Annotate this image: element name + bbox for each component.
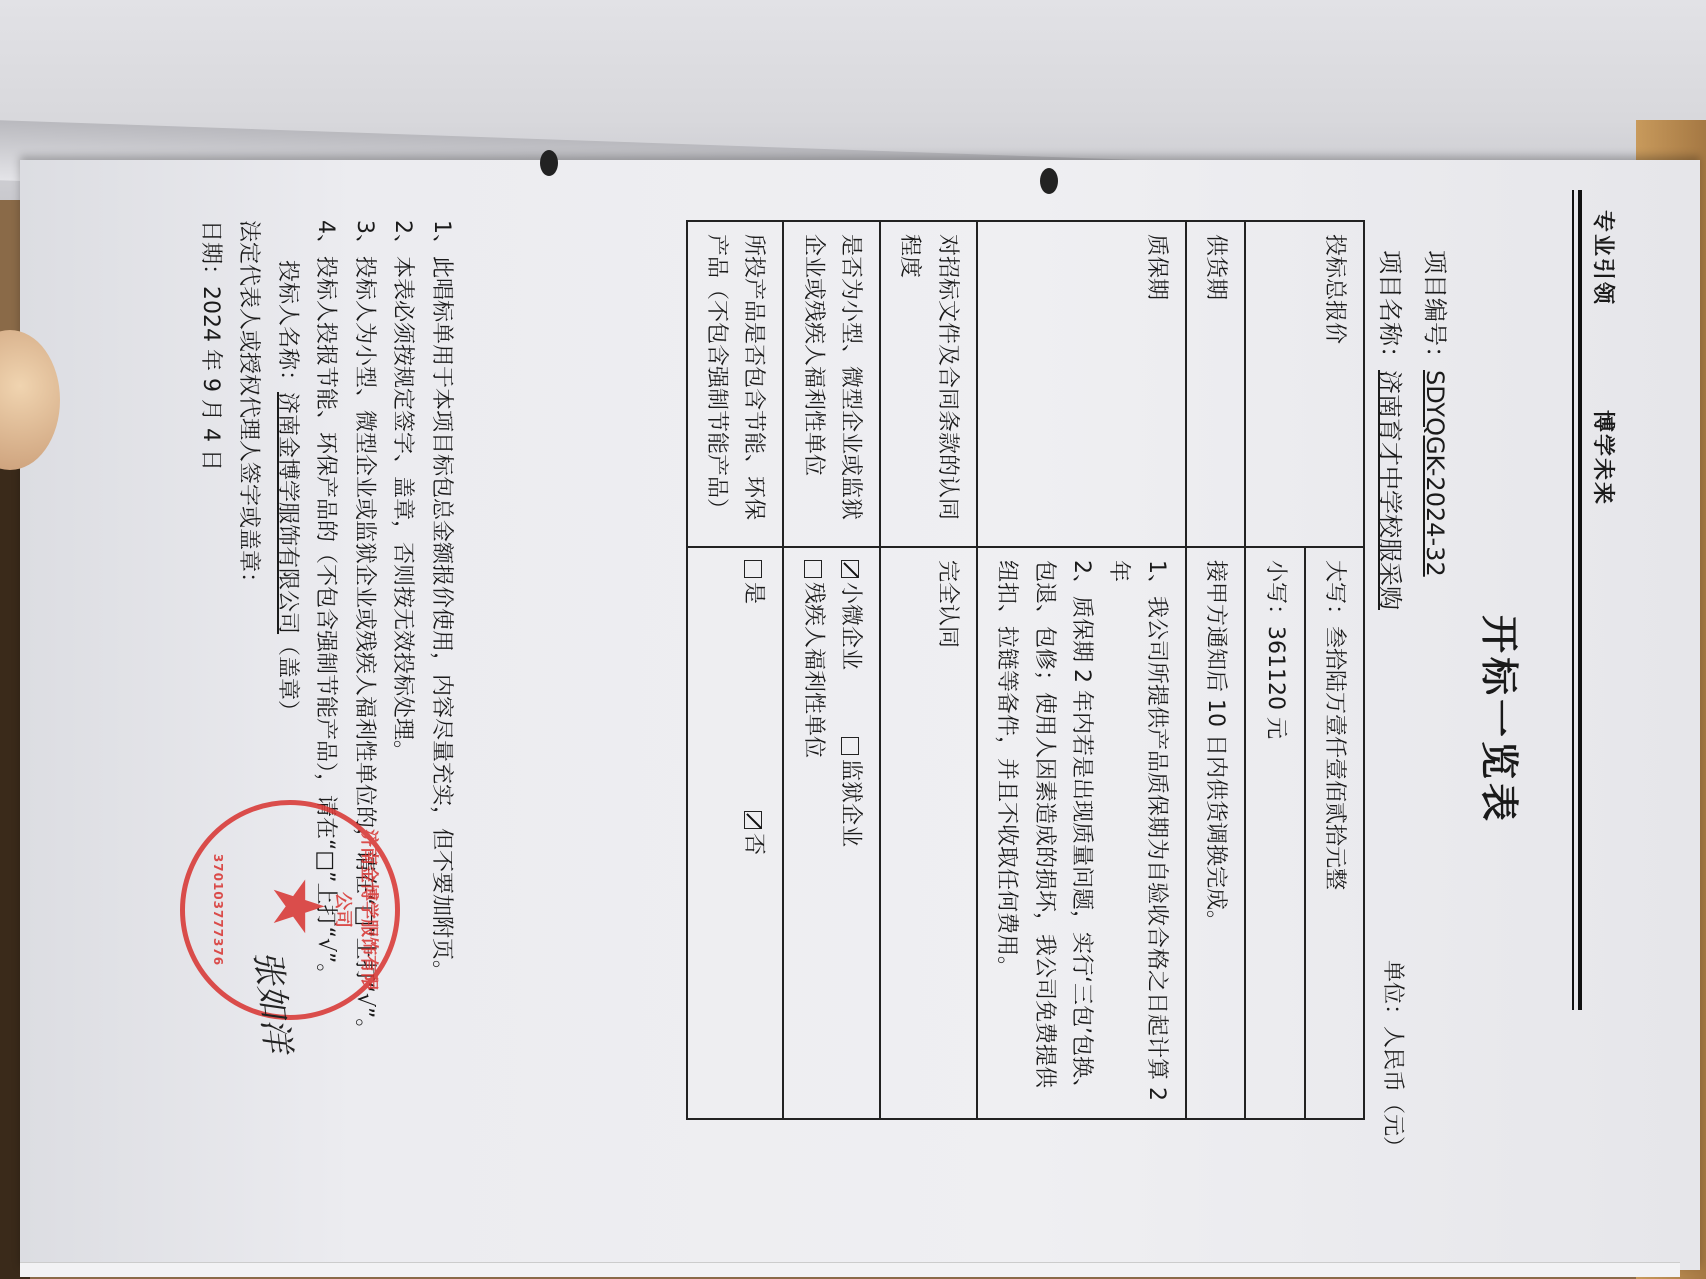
representative-label: 法定代表人或授权代理人签字或盖章： xyxy=(237,220,262,594)
slogan-right: 博学未来 xyxy=(1589,410,1620,506)
row-label: 所投产品是否包含节能、环保产品（不包含强制节能产品） xyxy=(687,221,784,547)
document-title: 开标一览表 xyxy=(1475,180,1530,1260)
project-number-value: SDYQGK-2024-32 xyxy=(1421,370,1449,577)
option-disability-welfare[interactable]: 残疾人福利性单位 xyxy=(794,560,831,758)
bidder-label: 投标人名称： xyxy=(275,260,300,392)
document-page: 专业引领 博学未来 开标一览表 项目编号：SDYQGK-2024-32 项目名称… xyxy=(20,160,1700,1270)
option-label: 否 xyxy=(741,833,766,855)
note-item: 4、投标人投报节能、环保产品的（不包含强制节能产品），请在“□”上打“√”。 xyxy=(306,220,345,1180)
document-content: 专业引领 博学未来 开标一览表 项目编号：SDYQGK-2024-32 项目名称… xyxy=(140,180,1640,1260)
project-name: 项目名称：济南育才中学校服采购 xyxy=(1375,250,1410,610)
handwritten-signature: 张如洋 xyxy=(246,948,305,1055)
table-row: 所投产品是否包含节能、环保产品（不包含强制节能产品） 是 否 xyxy=(687,221,784,1119)
date-label: 日期： xyxy=(198,220,223,286)
header-rule xyxy=(1578,190,1582,1010)
bid-summary-table: 投标总报价 大写：叁拾陆万壹仟壹佰贰拾元整 小写：361120 元 供货期 接甲… xyxy=(686,220,1365,1120)
option-label: 小微企业 xyxy=(838,582,863,670)
option-label: 监狱企业 xyxy=(838,759,863,847)
checkbox-icon[interactable] xyxy=(744,560,762,578)
star-icon: ★ xyxy=(263,875,333,938)
currency-unit: 单位：人民币（元） xyxy=(1379,960,1410,1158)
seal-number: 370103777376 xyxy=(211,835,225,985)
note-item: 2、本表必须按规定签字、盖章，否则按无效投标处理。 xyxy=(383,220,422,1180)
total-price-numeric: 小写：361120 元 xyxy=(1245,547,1304,1119)
project-number-label: 项目编号： xyxy=(1421,250,1449,370)
row-label: 是否为小型、微型企业或监狱企业或残疾人福利性单位 xyxy=(783,221,880,547)
note-item: 3、投标人为小型、微型企业或监狱企业或残疾人福利性单位的，请在“□”上打“√”。 xyxy=(345,220,384,1180)
acceptance-value: 完全认同 xyxy=(880,547,977,1119)
date-value: 2024 年 9 月 4 日 xyxy=(198,286,223,471)
option-no[interactable]: 否 xyxy=(735,811,772,855)
project-name-label: 项目名称： xyxy=(1376,250,1404,370)
warranty-value: 1、我公司所提供产品质保期为自验收合格之日起计算 2 年 2、质保期 2 年内若… xyxy=(977,547,1186,1119)
binder-hole xyxy=(540,150,558,176)
option-yes[interactable]: 是 xyxy=(735,560,772,604)
delivery-period-value: 接甲方通知后 10 日内供货调换完成。 xyxy=(1186,547,1245,1119)
option-label: 是 xyxy=(741,582,766,604)
warranty-item: 1、我公司所提供产品质保期为自验收合格之日起计算 2 年 xyxy=(1100,560,1175,1106)
warranty-item: 2、质保期 2 年内若是出现质量问题，实行‘三包’包换、包退、包修；使用人因素造… xyxy=(988,560,1100,1106)
header-rule-thin xyxy=(1572,190,1574,1010)
notes-section: 1、此唱标单用于本项目标包总金额报价使用，内容尽量充实，但不要加附页。 2、本表… xyxy=(191,220,461,1180)
project-number: 项目编号：SDYQGK-2024-32 xyxy=(1420,250,1455,577)
project-name-value: 济南育才中学校服采购 xyxy=(1376,370,1404,610)
table-row: 供货期 接甲方通知后 10 日内供货调换完成。 xyxy=(1186,221,1245,1119)
bidder-seal-note: （盖章） xyxy=(275,634,300,722)
total-price-uppercase: 大写：叁拾陆万壹仟壹佰贰拾元整 xyxy=(1305,547,1364,1119)
bidder-value: 济南金博学服饰有限公司 xyxy=(275,392,300,634)
table-row: 投标总报价 大写：叁拾陆万壹仟壹佰贰拾元整 xyxy=(1305,221,1364,1119)
date-line: 日期：2024 年 9 月 4 日 xyxy=(191,220,230,1180)
row-label: 供货期 xyxy=(1186,221,1245,547)
page-stack-edge xyxy=(20,1262,1680,1277)
option-label: 残疾人福利性单位 xyxy=(801,582,826,758)
row-label: 投标总报价 xyxy=(1245,221,1364,547)
letterhead: 专业引领 博学未来 xyxy=(1570,180,1640,1260)
binder-hole xyxy=(1040,168,1058,194)
table-row: 质保期 1、我公司所提供产品质保期为自验收合格之日起计算 2 年 2、质保期 2… xyxy=(977,221,1186,1119)
table-row: 对招标文件及合同条款的认同程度 完全认同 xyxy=(880,221,977,1119)
option-prison[interactable]: 监狱企业 xyxy=(832,737,869,847)
checkbox-icon[interactable] xyxy=(804,560,822,578)
checkbox-icon[interactable] xyxy=(744,811,762,829)
note-item: 1、此唱标单用于本项目标包总金额报价使用，内容尽量充实，但不要加附页。 xyxy=(422,220,461,1180)
slogan-left: 专业引领 xyxy=(1589,210,1620,306)
row-label: 对招标文件及合同条款的认同程度 xyxy=(880,221,977,547)
checkbox-icon[interactable] xyxy=(841,737,859,755)
eco-product-options: 是 否 xyxy=(687,547,784,1119)
checkbox-icon[interactable] xyxy=(841,560,859,578)
table-row: 是否为小型、微型企业或监狱企业或残疾人福利性单位 小微企业 监狱企业 残疾人福利… xyxy=(783,221,880,1119)
enterprise-type-options: 小微企业 监狱企业 残疾人福利性单位 xyxy=(783,547,880,1119)
option-small-micro[interactable]: 小微企业 xyxy=(832,560,869,670)
row-label: 质保期 xyxy=(977,221,1186,547)
